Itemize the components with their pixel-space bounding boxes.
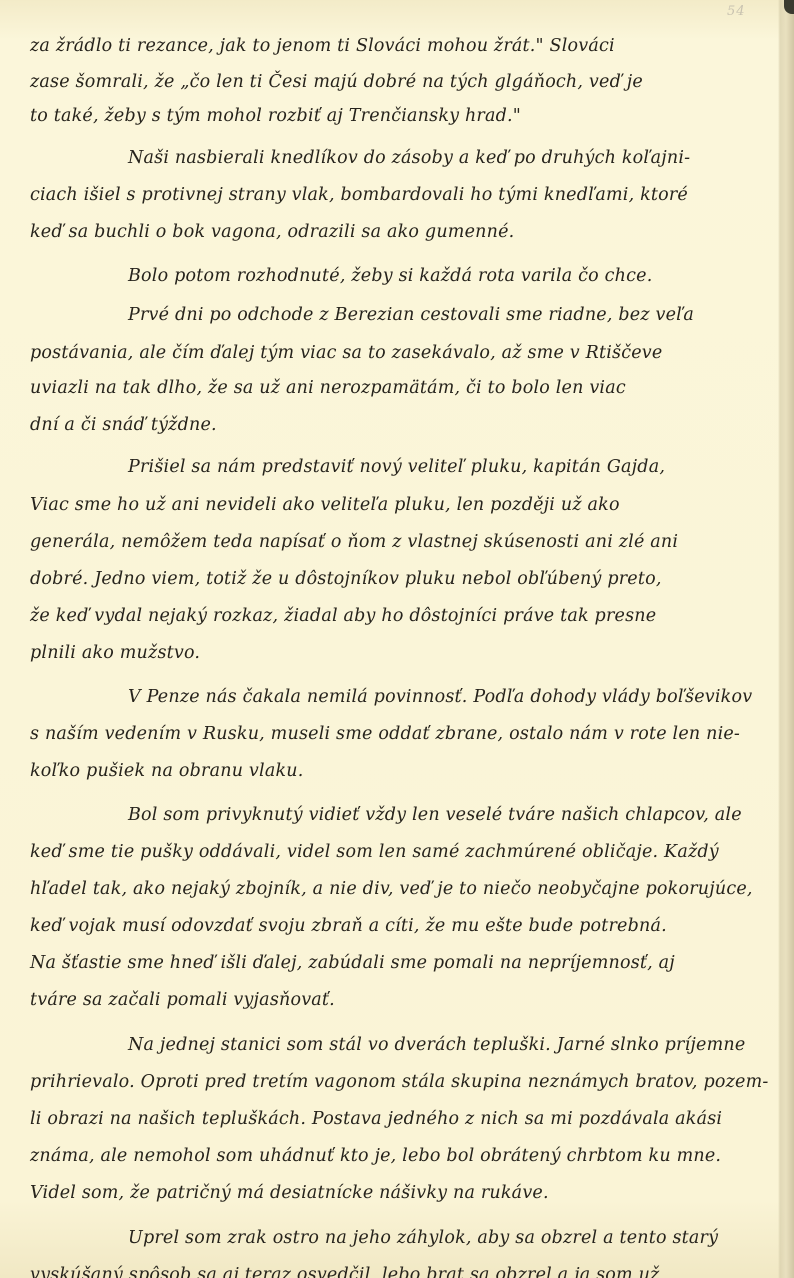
handwritten-line: to také, žeby s tým mohol rozbiť aj Tren… [30,106,521,126]
handwritten-line: keď sa buchli o bok vagona, odrazili sa … [30,222,514,242]
handwritten-line: prihrievalo. Oproti pred tretím vagonom … [30,1072,768,1092]
handwritten-line: Prišiel sa nám predstaviť nový veliteľ p… [128,457,665,477]
handwritten-line: plnili ako mužstvo. [30,643,200,663]
handwritten-line: keď vojak musí odovzdať svoju zbraň a cí… [30,916,667,936]
page-corner-shadow [784,0,794,14]
handwritten-line: hľadel tak, ako nejaký zbojník, a nie di… [30,879,753,899]
handwritten-line: známa, ale nemohol som uhádnuť kto je, l… [30,1146,721,1166]
handwritten-line: že keď vydal nejaký rozkaz, žiadal aby h… [30,606,656,626]
handwritten-line: Bolo potom rozhodnuté, žeby si každá rot… [128,266,652,286]
handwritten-line: vyskúšaný spôsob sa aj teraz osvedčil, l… [30,1265,659,1278]
handwritten-line: Viac sme ho už ani nevideli ako veliteľa… [30,495,620,515]
handwritten-line: zase šomrali, že „čo len ti Česi majú do… [30,72,643,92]
handwritten-line: ciach išiel s protivnej strany vlak, bom… [30,185,688,205]
handwritten-line: li obrazi na našich tepluškách. Postava … [30,1109,722,1129]
handwritten-line: Prvé dni po odchode z Berezian cestovali… [128,305,694,325]
handwritten-line: dobré. Jedno viem, totiž že u dôstojníko… [30,569,662,589]
handwritten-line: V Penze nás čakala nemilá povinnosť. Pod… [128,687,752,707]
page-number: 54 [727,4,746,19]
handwritten-line: koľko pušiek na obranu vlaku. [30,761,304,781]
handwritten-line: za žrádlo ti rezance, jak to jenom ti Sl… [30,36,615,56]
handwritten-line: Uprel som zrak ostro na jeho záhylok, ab… [128,1228,718,1248]
handwritten-line: Na šťastie sme hneď išli ďalej, zabúdali… [30,953,675,973]
handwritten-line: s naším vedením v Rusku, museli sme odda… [30,724,740,744]
handwritten-line: postávania, ale čím ďalej tým viac sa to… [30,343,662,363]
handwritten-line: Videl som, že patričný má desiatnícke ná… [30,1183,549,1203]
handwritten-line: Bol som privyknutý vidieť vždy len vesel… [128,805,742,825]
handwritten-line: Naši nasbierali knedlíkov do zásoby a ke… [128,148,690,168]
handwritten-line: keď sme tie pušky oddávali, videl som le… [30,842,719,862]
handwritten-line: Na jednej stanici som stál vo dverách te… [128,1035,745,1055]
handwritten-line: dní a či snáď týždne. [30,415,217,435]
handwritten-page: 54 za žrádlo ti rezance, jak to jenom ti… [0,0,794,1278]
handwritten-line: uviazli na tak dlho, že sa už ani nerozp… [30,378,626,398]
handwritten-line: generála, nemôžem teda napísať o ňom z v… [30,532,678,552]
handwritten-line: tváre sa začali pomali vyjasňovať. [30,990,335,1010]
